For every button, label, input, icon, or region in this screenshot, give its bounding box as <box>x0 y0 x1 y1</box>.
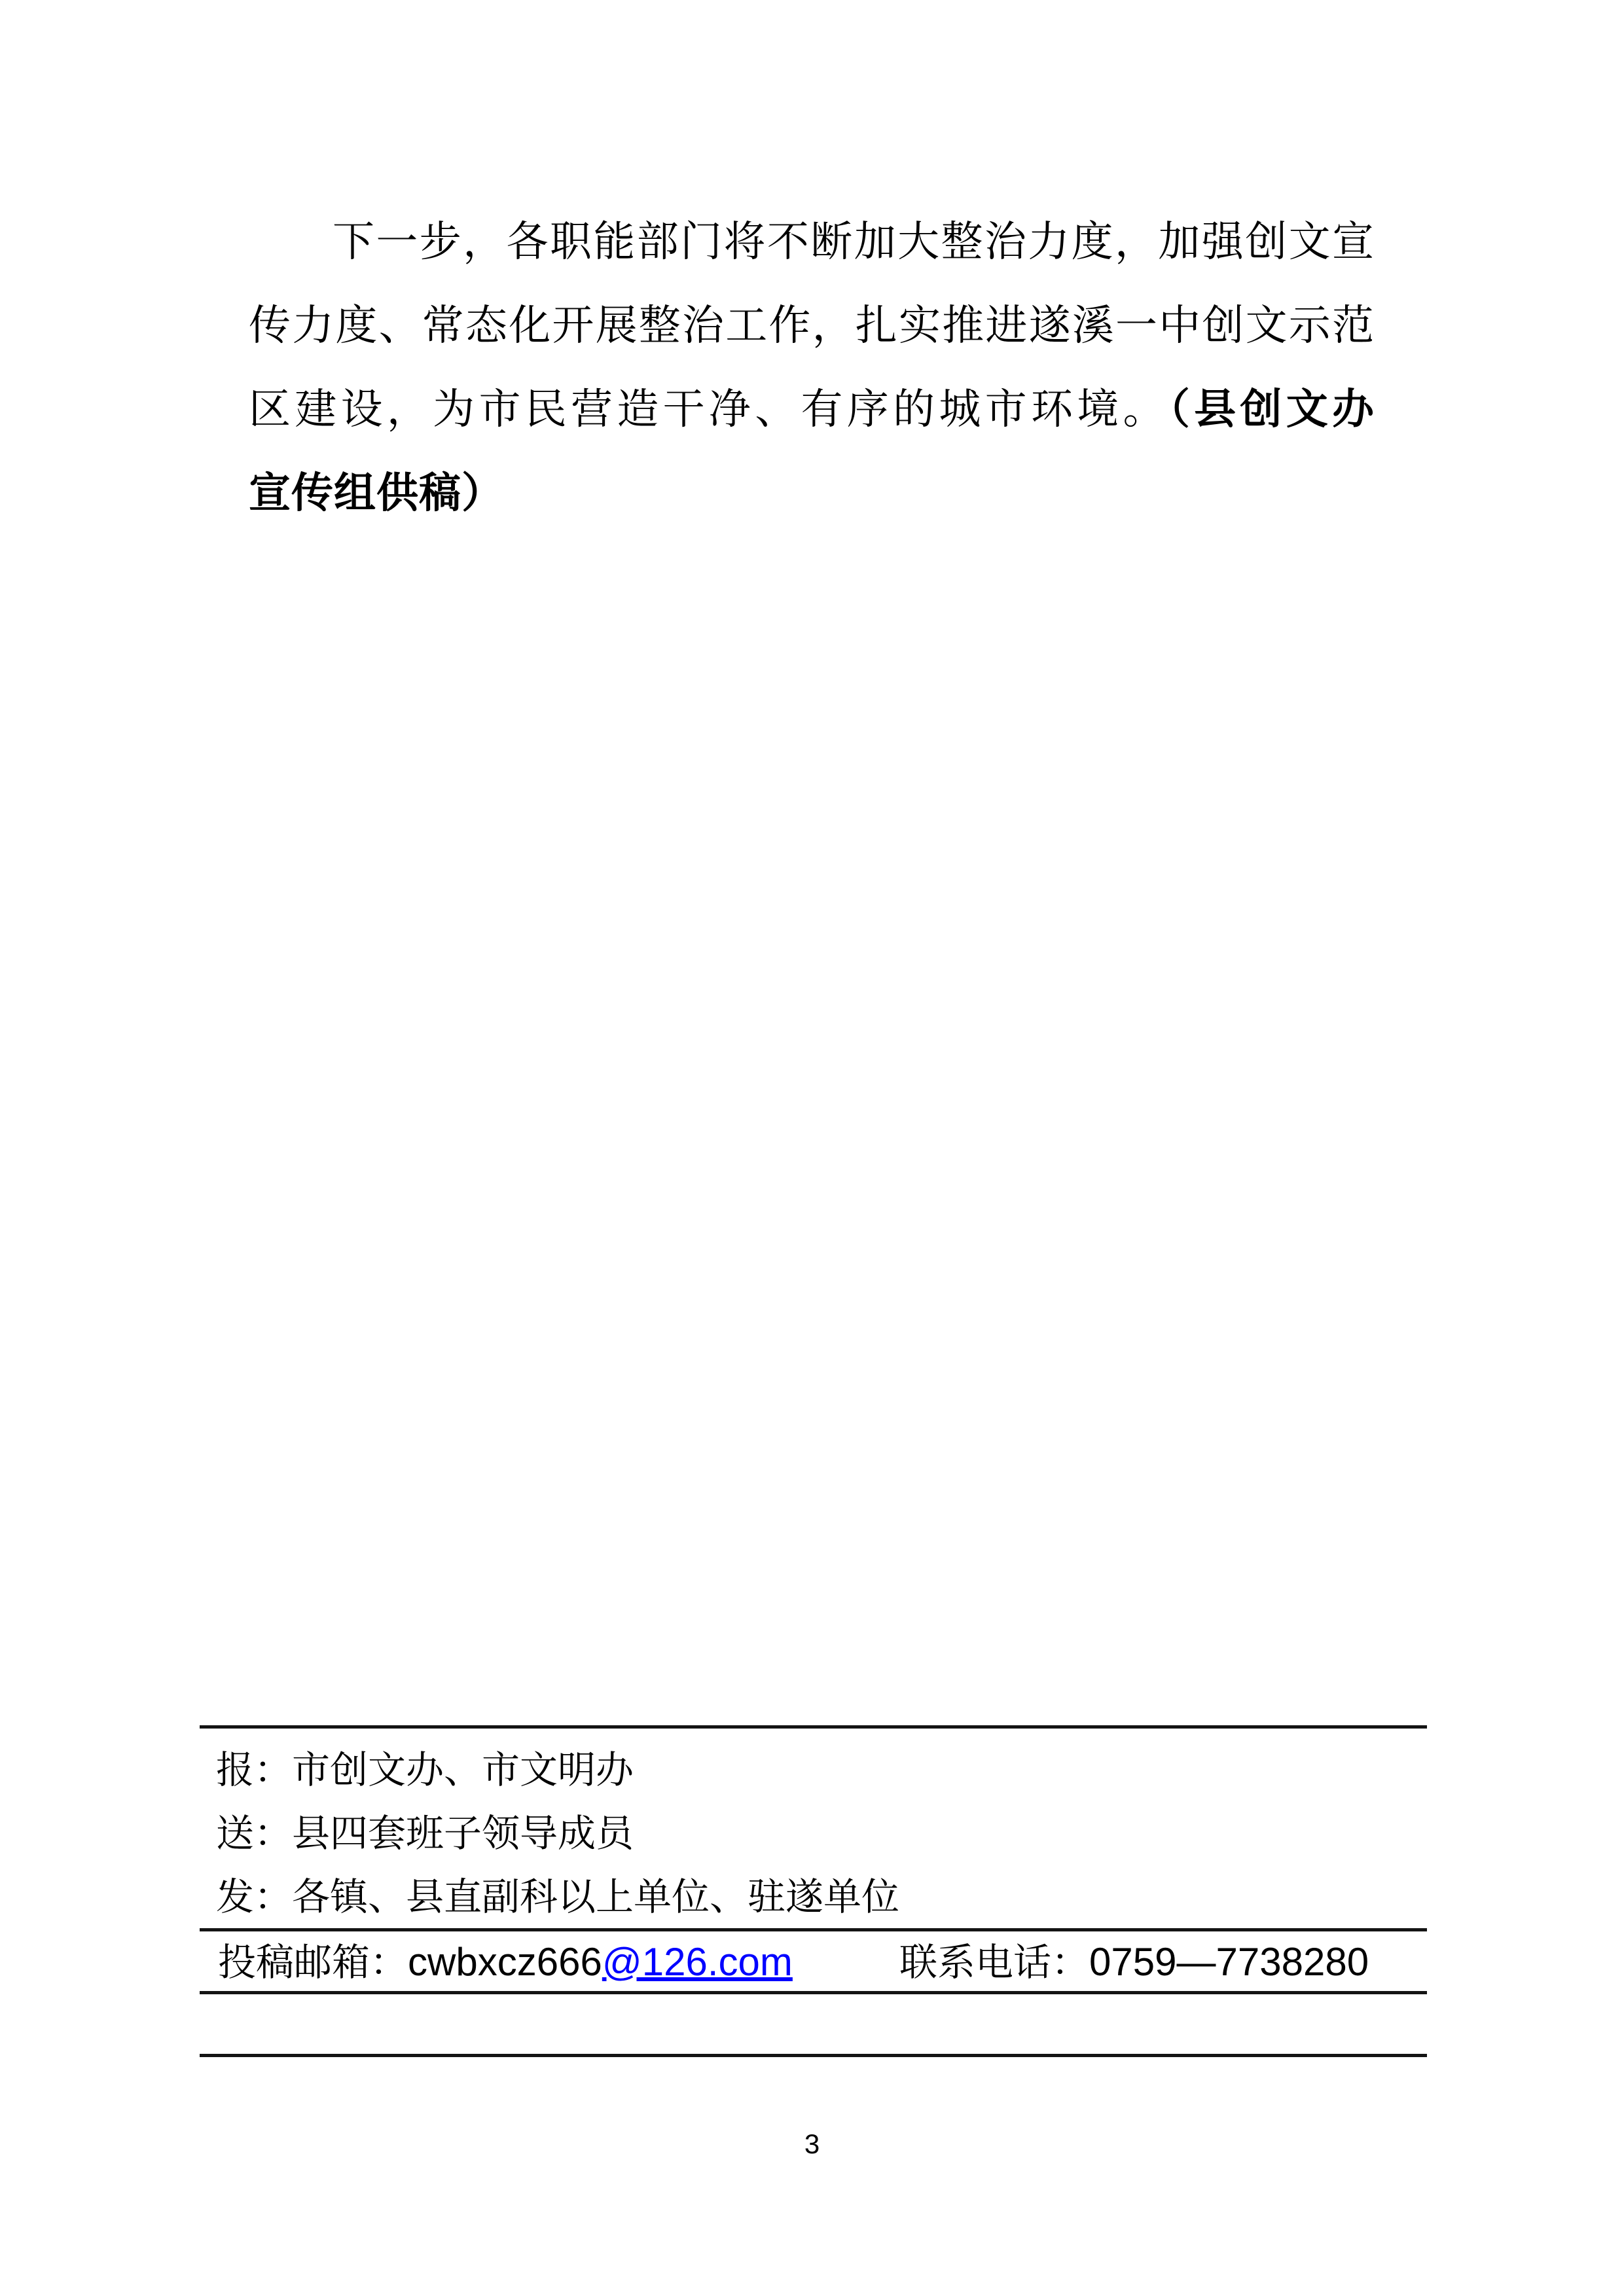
phone-label: 联系电话： <box>899 1941 1089 1984</box>
colophon-row-report: 报：市创文办、市文明办 <box>216 1738 1427 1802</box>
colophon-rows: 报：市创文办、市文明办 送：县四套班子领导成员 发：各镇、县直副科以上单位、驻遂… <box>216 1738 1427 1929</box>
phone-group: 联系电话：0759—7738280 <box>899 1939 1369 1986</box>
email-group: 投稿邮箱：cwbxcz666@126.com <box>218 1939 793 1986</box>
colophon-bottom-rule-2 <box>200 2054 1427 2057</box>
colophon-top-rule <box>200 1725 1427 1729</box>
colophon-row-send: 送：县四套班子领导成员 <box>216 1802 1427 1865</box>
email-domain-link[interactable]: @126.com <box>602 1940 793 1984</box>
paragraph-line-2: 传力度、常态化开展整治工作，扎实推进遂溪一中创文示范 <box>249 284 1375 368</box>
attribution-start-bold: （县创文办 <box>1169 386 1375 433</box>
phone-number: 0759—7738280 <box>1089 1940 1369 1984</box>
document-page: 下一步，各职能部门将不断加大整治力度，加强创文宣 传力度、常态化开展整治工作，扎… <box>0 0 1624 2296</box>
paragraph-line-3-text: 区建设，为市民营造干净、有序的城市环境。 <box>249 386 1169 433</box>
colophon-row-issue: 发：各镇、县直副科以上单位、驻遂单位 <box>216 1865 1427 1929</box>
colophon-bottom-rule-1 <box>200 1991 1427 1994</box>
page-number: 3 <box>0 2128 1624 2160</box>
email-user: cwbxcz666 <box>408 1940 602 1984</box>
paragraph-line-3: 区建设，为市民营造干净、有序的城市环境。（县创文办 <box>249 368 1375 452</box>
body-paragraph: 下一步，各职能部门将不断加大整治力度，加强创文宣 传力度、常态化开展整治工作，扎… <box>249 200 1375 535</box>
paragraph-line-1: 下一步，各职能部门将不断加大整治力度，加强创文宣 <box>249 200 1375 284</box>
attribution-end-bold: 宣传组供稿） <box>249 452 1375 535</box>
email-label: 投稿邮箱： <box>218 1941 408 1984</box>
submission-row: 投稿邮箱：cwbxcz666@126.com 联系电话：0759—7738280 <box>0 1939 1624 1991</box>
